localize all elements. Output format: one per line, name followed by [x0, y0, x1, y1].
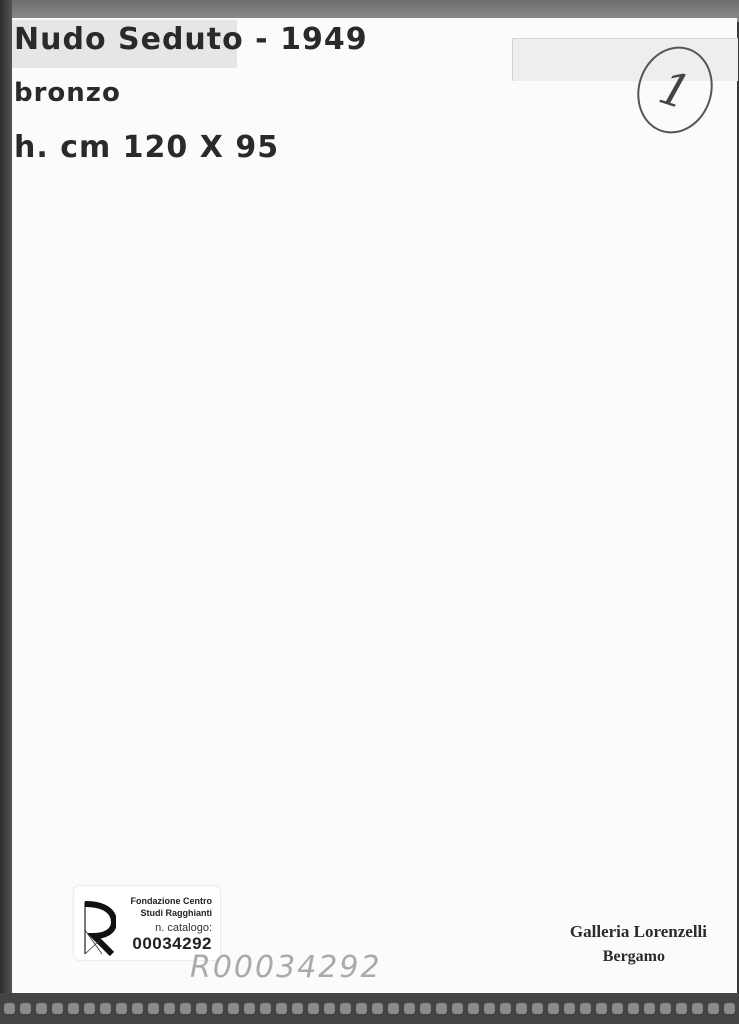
- sprocket-hole: [628, 1003, 639, 1014]
- sprocket-hole: [100, 1003, 111, 1014]
- sprocket-hole: [532, 1003, 543, 1014]
- handwritten-title: Nudo Seduto - 1949: [14, 22, 368, 57]
- circled-number-text: 1: [653, 60, 698, 120]
- sprocket-hole: [676, 1003, 687, 1014]
- sprocket-hole: [196, 1003, 207, 1014]
- pencil-inventory-number: R00034292: [190, 950, 382, 985]
- sprocket-hole: [308, 1003, 319, 1014]
- sprocket-hole: [148, 1003, 159, 1014]
- sprocket-hole: [644, 1003, 655, 1014]
- gallery-stamp-city: Bergamo: [603, 948, 665, 966]
- sprocket-hole: [324, 1003, 335, 1014]
- sprocket-hole: [260, 1003, 271, 1014]
- sprocket-hole: [596, 1003, 607, 1014]
- sprocket-hole: [388, 1003, 399, 1014]
- scan-left-edge: [0, 0, 12, 1000]
- sprocket-hole: [564, 1003, 575, 1014]
- sprocket-hole: [516, 1003, 527, 1014]
- sprocket-hole: [164, 1003, 175, 1014]
- film-sprocket-border: [0, 993, 739, 1024]
- label-org-line1: Fondazione Centro: [131, 896, 213, 906]
- sprocket-hole: [548, 1003, 559, 1014]
- catalog-label: Fondazione Centro Studi Ragghianti n. ca…: [74, 886, 220, 960]
- sprocket-hole: [372, 1003, 383, 1014]
- sprocket-hole: [4, 1003, 15, 1014]
- sprocket-hole: [20, 1003, 31, 1014]
- handwritten-dimensions: h. cm 120 X 95: [14, 130, 279, 165]
- sprocket-hole: [292, 1003, 303, 1014]
- label-catalog-caption: n. catalogo:: [155, 922, 212, 934]
- gallery-stamp-name: Galleria Lorenzelli: [570, 922, 707, 942]
- sprocket-hole: [420, 1003, 431, 1014]
- sprocket-hole: [244, 1003, 255, 1014]
- sprocket-hole: [436, 1003, 447, 1014]
- sprocket-hole: [404, 1003, 415, 1014]
- sprocket-hole: [708, 1003, 719, 1014]
- sprocket-hole: [468, 1003, 479, 1014]
- sprocket-hole: [692, 1003, 703, 1014]
- sprocket-hole: [452, 1003, 463, 1014]
- sprocket-hole: [724, 1003, 735, 1014]
- photo-verso-paper: Nudo Seduto - 1949 bronzo h. cm 120 X 95…: [12, 18, 737, 993]
- sprocket-hole: [132, 1003, 143, 1014]
- sprocket-hole: [484, 1003, 495, 1014]
- sprocket-hole: [612, 1003, 623, 1014]
- sprocket-hole: [68, 1003, 79, 1014]
- sprocket-hole: [580, 1003, 591, 1014]
- sprocket-hole: [212, 1003, 223, 1014]
- sprocket-hole: [180, 1003, 191, 1014]
- sprocket-hole: [356, 1003, 367, 1014]
- sprocket-hole: [228, 1003, 239, 1014]
- sprocket-hole: [500, 1003, 511, 1014]
- ragghianti-logo-icon: [82, 900, 116, 956]
- sprocket-hole: [52, 1003, 63, 1014]
- sprocket-hole: [116, 1003, 127, 1014]
- sprocket-hole: [276, 1003, 287, 1014]
- sprocket-hole: [660, 1003, 671, 1014]
- label-org-line2: Studi Ragghianti: [141, 908, 213, 918]
- sprocket-hole: [340, 1003, 351, 1014]
- handwritten-material: bronzo: [14, 78, 121, 108]
- sprocket-hole: [36, 1003, 47, 1014]
- sprocket-hole: [84, 1003, 95, 1014]
